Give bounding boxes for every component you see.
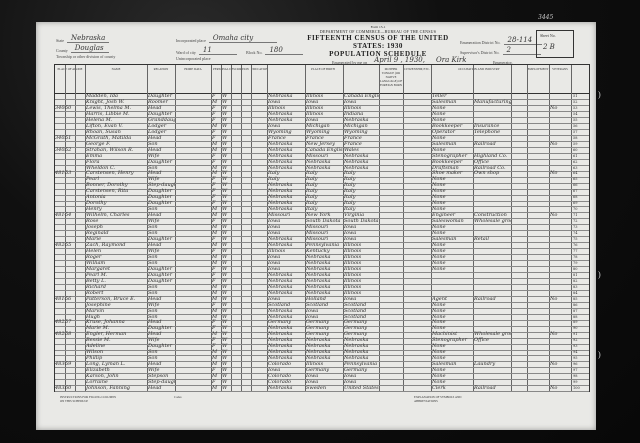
ward-value: 11: [199, 46, 237, 55]
cell-sex: M: [212, 385, 221, 391]
county-field: County Douglas: [56, 44, 109, 53]
footer-codes: Codes: [174, 396, 182, 400]
cell-dwelling: 4832: [55, 385, 65, 391]
supervisors-district-label: Supervisor's District No.: [460, 50, 500, 55]
schedule-grid: PLACE OF ABODE NAME RELATION HOME DATA P…: [54, 64, 590, 392]
page-stamp: 3445: [538, 14, 553, 21]
sheet-label: Sheet No.: [537, 31, 573, 40]
col-education: EDUCATION: [251, 65, 268, 93]
state-label: State: [56, 38, 64, 43]
county-label: County: [56, 48, 68, 53]
col-place-of-abode: PLACE OF ABODE: [55, 65, 86, 93]
block-field: Block No. 180: [246, 46, 303, 55]
enumeration-district-field: Enumeration District No. 28-114: [460, 36, 542, 45]
ward-label: Ward of city: [176, 50, 196, 55]
footer-instructions-left: INSTRUCTIONS FOR FILLING COLUMNS ON THIS…: [60, 396, 120, 403]
county-value: Douglas: [71, 44, 109, 53]
cell-race: W: [222, 385, 231, 391]
col-occupation-industry: OCCUPATION AND INDUSTRY: [431, 65, 528, 93]
supervisors-district-field: Supervisor's District No. 2: [460, 46, 541, 55]
cell-birth: Nebraska: [268, 385, 305, 391]
incorporated-place-field: Incorporated place Omaha city: [176, 34, 277, 43]
incorporated-place-value: Omaha city: [209, 34, 277, 43]
margin-mark: ): [598, 350, 601, 359]
sheet-value: 2 B: [543, 43, 555, 51]
col-home-data: HOME DATA: [175, 65, 212, 93]
cell-name: Johnson, Fanning: [86, 385, 147, 391]
supervisors-district-value: 2: [503, 46, 541, 55]
state-value: Nebraska: [67, 34, 109, 43]
line-number: 100: [573, 385, 589, 391]
unincorporated-place-label: Unincorporated place: [176, 56, 211, 61]
sheet-header: State Nebraska County Douglas Township o…: [36, 22, 596, 64]
cell-father-birth: Sweden: [306, 385, 343, 391]
margin-mark: ): [598, 90, 601, 99]
sheet-number-box: Sheet No. 2 B: [536, 30, 574, 58]
col-place-of-birth: PLACE OF BIRTH: [267, 65, 380, 93]
cell-family: 60: [65, 385, 75, 391]
col-employment: EMPLOYMENT: [527, 65, 550, 93]
cell-relation: Head: [148, 385, 175, 391]
footer-instructions-right: EXPLANATION OF SYMBOLS AND ABBREVIATIONS: [414, 396, 484, 403]
sheet-footer: INSTRUCTIONS FOR FILLING COLUMNS ON THIS…: [54, 394, 588, 424]
cell-occupation: Clerk: [432, 385, 473, 391]
schedule-rows: Madden, IdaDaughterFWNebraskaIllinoisCan…: [55, 93, 589, 391]
cell-mother-birth: United States: [344, 385, 379, 391]
margin-mark: ): [598, 270, 601, 279]
enumeration-district-label: Enumeration District No.: [460, 40, 501, 45]
township-label: Township or other division of county: [56, 54, 115, 59]
col-farm: [571, 65, 589, 93]
state-field: State Nebraska: [56, 34, 109, 43]
table-row: 483260Johnson, FanningHeadMWNebraskaSwed…: [55, 385, 589, 392]
census-title: FIFTEENTH CENSUS OF THE UNITED STATES: 1…: [298, 34, 458, 50]
col-mother-tongue: MOTHER TONGUE (OR NATIVE LANGUAGE) OF FO…: [379, 65, 404, 93]
ward-field: Ward of city 11: [176, 46, 237, 55]
col-relation: RELATION: [147, 65, 176, 93]
column-header-row: PLACE OF ABODE NAME RELATION HOME DATA P…: [55, 65, 589, 94]
col-veterans: VETERANS: [549, 65, 572, 93]
incorporated-place-label: Incorporated place: [176, 38, 206, 43]
col-citizenship: CITIZENSHIP, ETC.: [403, 65, 432, 93]
title-block: Form 15-1 DEPARTMENT OF COMMERCE—BUREAU …: [298, 25, 458, 58]
cell-vet: No: [550, 385, 571, 391]
block-label: Block No.: [246, 50, 262, 55]
township-field: Township or other division of county: [56, 54, 115, 59]
cell-industry: Railroad: [474, 385, 511, 391]
unincorporated-place-field: Unincorporated place: [176, 56, 211, 61]
col-name: NAME: [85, 65, 148, 93]
census-sheet: State Nebraska County Douglas Township o…: [36, 22, 596, 430]
